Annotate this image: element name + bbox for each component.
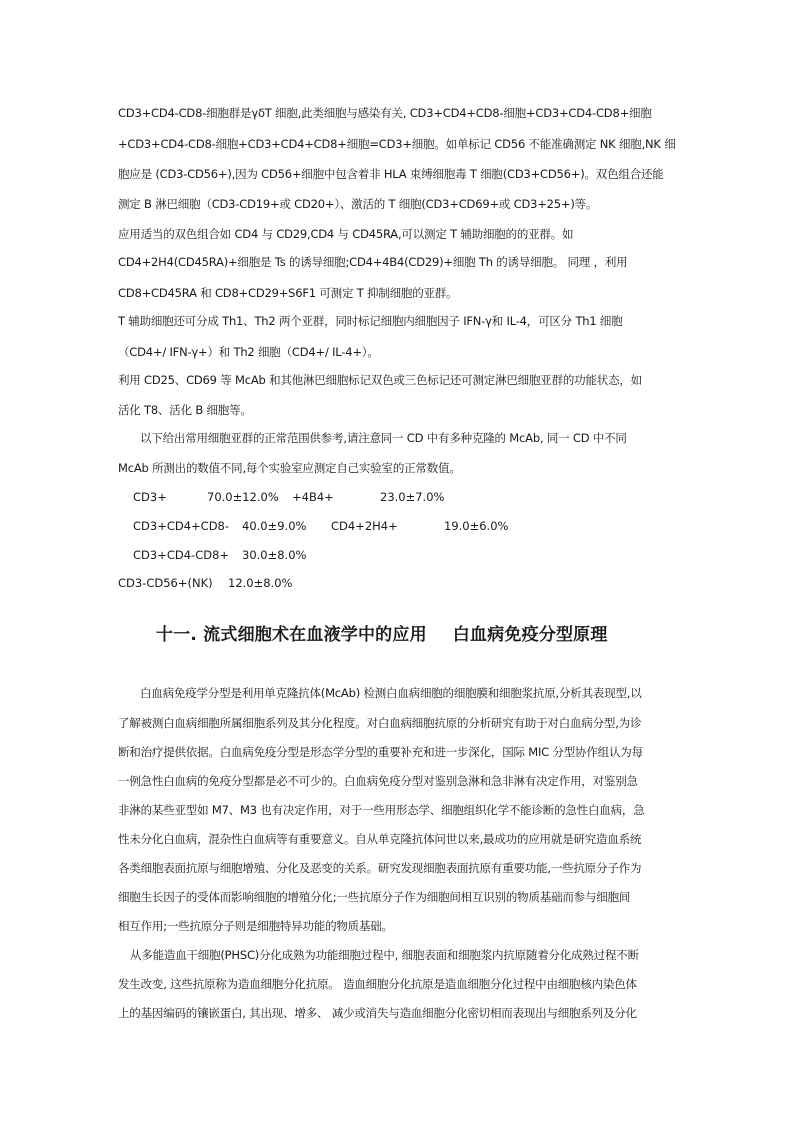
paragraph-line: 断和治疗提供依据。白血病免疫分型是形态学分型的重要补充和进一步深化，国际 MIC… (118, 745, 643, 759)
paragraph-line: +CD3+CD4-CD8-细胞+CD3+CD4+CD8+细胞=CD3+细胞。如单… (118, 137, 676, 151)
paragraph-line: McAb 所测出的数值不同,每个实验室应测定自己实验室的正常数值。 (118, 461, 461, 475)
paragraph-line: 性未分化白血病，混杂性白血病等有重要意义。自从单克隆抗体问世以来,最成功的应用就… (118, 832, 641, 846)
paragraph-line: 了解被测白血病细胞所属细胞系列及其分化程度。对白血病细胞抗原的分析研究有助于对白… (118, 716, 641, 730)
paragraph-line: 一例急性白血病的免疫分型都是必不可少的。白血病免疫分型对鉴别急淋和急非淋有决定作… (118, 774, 638, 788)
paragraph-line: 从多能造血干细胞(PHSC)分化成熟为功能细胞过程中, 细胞表面和细胞浆内抗原随… (118, 948, 639, 962)
paragraph-line: CD8+CD45RA 和 CD8+CD29+S6F1 可测定 T 抑制细胞的亚群… (118, 286, 457, 300)
paragraph-line: 测定 B 淋巴细胞（CD3-CD19+或 CD20+）、激活的 T 细胞(CD3… (118, 197, 597, 211)
table-cell-label: +4B4+ (292, 490, 334, 504)
paragraph-line: （CD4+/ IFN-γ+）和 Th2 细胞（CD4+/ IL-4+）。 (118, 345, 379, 359)
table-cell-label: CD3+ (133, 490, 167, 504)
paragraph-line: 细胞生长因子的受体而影响细胞的增殖分化;一些抗原分子作为细胞间相互识别的物质基础… (118, 890, 630, 904)
paragraph-line: 上的基因编码的镶嵌蛋白, 其出现、增多、 减少或消失与造血细胞分化密切相而表现出… (118, 1006, 637, 1020)
paragraph-line: 发生改变, 这些抗原称为造血细胞分化抗原。 造血细胞分化抗原是造血细胞分化过程中… (118, 977, 637, 991)
table-cell-label: CD4+2H4+ (331, 519, 398, 533)
table-cell-value: 70.0±12.0% (207, 490, 279, 504)
paragraph-line: 各类细胞表面抗原与细胞增殖、分化及恶变的关系。研究发现细胞表面抗原有重要功能,一… (118, 861, 641, 875)
section-heading-subtitle: 白血病免疫分型原理 (453, 625, 608, 645)
paragraph-line: 白血病免疫学分型是利用单克隆抗体(McAb) 检测白血病细胞的细胞膜和细胞浆抗原… (118, 686, 642, 700)
table-cell-label: CD3-CD56+(NK) (118, 576, 213, 590)
table-cell-value: 40.0±9.0% (242, 519, 306, 533)
paragraph-line: 以下给出常用细胞亚群的正常范围供参考,请注意同一 CD 中有多种克隆的 McAb… (118, 431, 627, 445)
section-heading: 十一. 流式细胞术在血液学中的应用白血病免疫分型原理 (156, 624, 608, 646)
table-cell-label: CD3+CD4+CD8- (133, 519, 229, 533)
paragraph-line: 胞应是 (CD3-CD56+),因为 CD56+细胞中包含着非 HLA 束缚细胞… (118, 167, 664, 181)
paragraph-line: CD3+CD4-CD8-细胞群是γδT 细胞,此类细胞与感染有关, CD3+CD… (118, 106, 652, 120)
paragraph-line: 应用适当的双色组合如 CD4 与 CD29,CD4 与 CD45RA,可以测定 … (118, 227, 573, 241)
table-cell-value: 30.0±8.0% (242, 548, 306, 562)
paragraph-line: 相互作用;一些抗原分子则是细胞特异功能的物质基础。 (118, 919, 393, 933)
paragraph-line: 利用 CD25、CD69 等 McAb 和其他淋巴细胞标记双色或三色标记还可测定… (118, 373, 642, 387)
paragraph-line: 活化 T8、活化 B 细胞等。 (118, 403, 252, 417)
table-cell-value: 12.0±8.0% (228, 576, 292, 590)
paragraph-line: CD4+2H4(CD45RA)+细胞是 Ts 的诱导细胞;CD4+4B4(CD2… (118, 255, 627, 269)
table-cell-label: CD3+CD4-CD8+ (133, 548, 229, 562)
table-cell-value: 23.0±7.0% (380, 490, 444, 504)
paragraph-line: 非淋的某些亚型如 M7、M3 也有决定作用，对于一些用形态学、细胞组织化学不能诊… (118, 803, 644, 817)
table-cell-value: 19.0±6.0% (444, 519, 508, 533)
section-heading-title: 十一. 流式细胞术在血液学中的应用 (156, 625, 427, 645)
paragraph-line: T 辅助细胞还可分成 Th1、Th2 两个亚群，同时标记细胞内细胞因子 IFN-… (118, 314, 623, 328)
